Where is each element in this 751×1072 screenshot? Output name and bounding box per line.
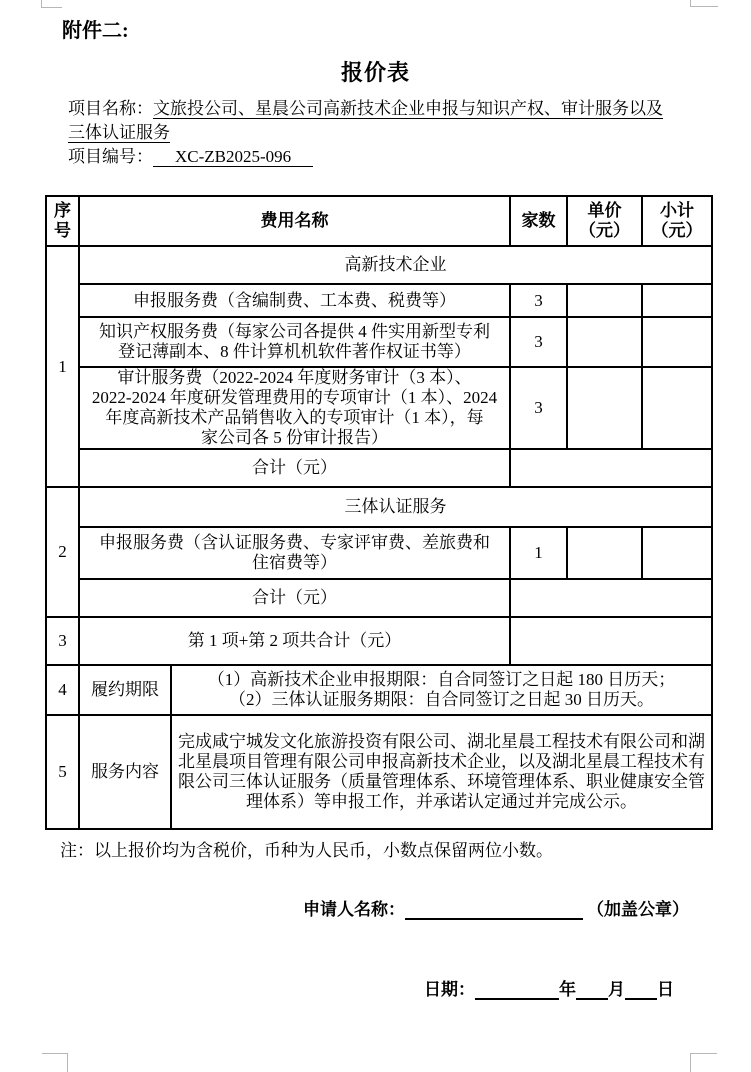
col-header-count: 家数 bbox=[510, 196, 567, 246]
performance-period-content: （1）高新技术企业申报期限：自合同签订之日起 180 日历天； （2）三体认证服… bbox=[171, 665, 712, 715]
applicant-signature-line: 申请人名称：（加盖公章） bbox=[303, 895, 689, 920]
section1-no: 1 bbox=[46, 246, 79, 487]
date-year-blank[interactable] bbox=[475, 982, 559, 1000]
fee-name: 申报服务费（含编制费、工本费、税费等） bbox=[79, 284, 510, 317]
fee-row: 审计服务费（2022-2024 年度财务审计（3 本）、 2022-2024 年… bbox=[46, 367, 712, 449]
service-content-label: 服务内容 bbox=[79, 715, 171, 829]
count-cell: 3 bbox=[510, 317, 567, 367]
grand-total-value[interactable] bbox=[510, 617, 712, 665]
project-info: 项目名称：文旅投公司、星晨公司高新技术企业申报与知识产权、审计服务以及 三体认证… bbox=[68, 97, 716, 169]
section2-title: 三体认证服务 bbox=[79, 487, 712, 527]
col-header-no: 序 号 bbox=[46, 196, 79, 246]
attachment-label: 附件二: bbox=[62, 14, 129, 43]
margin-crop-mark-bottom-left bbox=[42, 1053, 68, 1072]
section1-total-label: 合计（元） bbox=[79, 449, 510, 487]
section2-title-row: 2 三体认证服务 bbox=[46, 487, 712, 527]
project-name-label: 项目名称： bbox=[68, 99, 153, 118]
project-name-value-part1: 文旅投公司、星晨公司高新技术企业申报与知识产权、审计服务以及 bbox=[153, 99, 663, 119]
fee-name: 申报服务费（含认证服务费、专家评审费、差旅费和 住宿费等） bbox=[79, 527, 510, 579]
project-name-line1: 项目名称：文旅投公司、星晨公司高新技术企业申报与知识产权、审计服务以及 bbox=[68, 97, 716, 121]
date-month-blank[interactable] bbox=[576, 982, 608, 1000]
grand-total-row: 3 第 1 项+第 2 项共合计（元） bbox=[46, 617, 712, 665]
col-header-unit-price: 单价 （元） bbox=[567, 196, 642, 246]
date-label: 日期： bbox=[424, 980, 475, 999]
fee-row: 申报服务费（含认证服务费、专家评审费、差旅费和 住宿费等） 1 bbox=[46, 527, 712, 579]
unit-price-cell[interactable] bbox=[567, 527, 642, 579]
subtotal-cell[interactable] bbox=[642, 284, 712, 317]
col-header-subtotal: 小计 （元） bbox=[642, 196, 712, 246]
section1-title-row: 1 高新技术企业 bbox=[46, 246, 712, 284]
service-content-row: 5 服务内容 完成咸宁城发文化旅游投资有限公司、湖北星晨工程技术有限公司和湖北星… bbox=[46, 715, 712, 829]
project-name-value-part2: 三体认证服务 bbox=[68, 123, 170, 143]
performance-period-row: 4 履约期限 （1）高新技术企业申报期限：自合同签订之日起 180 日历天； （… bbox=[46, 665, 712, 715]
table-header-row: 序 号 费用名称 家数 单价 （元） 小计 （元） bbox=[46, 196, 712, 246]
margin-crop-mark-top-right bbox=[690, 0, 718, 7]
project-code-line: 项目编号：XC-ZB2025-096 bbox=[68, 145, 716, 169]
section2-total-label: 合计（元） bbox=[79, 579, 510, 617]
subtotal-cell[interactable] bbox=[642, 367, 712, 449]
quotation-table: 序 号 费用名称 家数 单价 （元） 小计 （元） 1 高新技术企业 申报服务费… bbox=[45, 195, 713, 830]
year-label: 年 bbox=[559, 980, 576, 999]
count-cell: 3 bbox=[510, 367, 567, 449]
service-content-text: 完成咸宁城发文化旅游投资有限公司、湖北星晨工程技术有限公司和湖北星晨项目管理有限… bbox=[171, 715, 712, 829]
section1-total-row: 合计（元） bbox=[46, 449, 712, 487]
fee-row: 知识产权服务费（每家公司各提供 4 件实用新型专利 登记薄副本、8 件计算机机软… bbox=[46, 317, 712, 367]
row5-no: 5 bbox=[46, 715, 79, 829]
date-day-blank[interactable] bbox=[625, 982, 657, 1000]
row3-no: 3 bbox=[46, 617, 79, 665]
margin-crop-mark-top-left bbox=[41, 0, 62, 8]
section2-total-value[interactable] bbox=[510, 579, 712, 617]
section2-no: 2 bbox=[46, 487, 79, 617]
unit-price-cell[interactable] bbox=[567, 284, 642, 317]
applicant-label: 申请人名称： bbox=[303, 900, 405, 919]
section1-total-value[interactable] bbox=[510, 449, 712, 487]
seal-label: （加盖公章） bbox=[587, 900, 689, 919]
grand-total-label: 第 1 项+第 2 项共合计（元） bbox=[79, 617, 510, 665]
count-cell: 3 bbox=[510, 284, 567, 317]
fee-name: 知识产权服务费（每家公司各提供 4 件实用新型专利 登记薄副本、8 件计算机机软… bbox=[79, 317, 510, 367]
fee-row: 申报服务费（含编制费、工本费、税费等） 3 bbox=[46, 284, 712, 317]
performance-period-label: 履约期限 bbox=[79, 665, 171, 715]
project-code-label: 项目编号： bbox=[68, 147, 153, 166]
project-name-line2: 三体认证服务 bbox=[68, 121, 716, 145]
month-label: 月 bbox=[608, 980, 625, 999]
applicant-name-blank[interactable] bbox=[405, 902, 583, 920]
row4-no: 4 bbox=[46, 665, 79, 715]
section2-total-row: 合计（元） bbox=[46, 579, 712, 617]
count-cell: 1 bbox=[510, 527, 567, 579]
section1-title: 高新技术企业 bbox=[79, 246, 712, 284]
fee-name: 审计服务费（2022-2024 年度财务审计（3 本）、 2022-2024 年… bbox=[79, 367, 510, 449]
unit-price-cell[interactable] bbox=[567, 317, 642, 367]
page-title: 报价表 bbox=[0, 56, 751, 87]
day-label: 日 bbox=[657, 980, 674, 999]
unit-price-cell[interactable] bbox=[567, 367, 642, 449]
subtotal-cell[interactable] bbox=[642, 527, 712, 579]
margin-crop-mark-bottom-right bbox=[690, 1053, 717, 1072]
subtotal-cell[interactable] bbox=[642, 317, 712, 367]
col-header-fee-name: 费用名称 bbox=[79, 196, 510, 246]
footnote: 注：以上报价均为含税价，币种为人民币，小数点保留两位小数。 bbox=[60, 836, 553, 861]
date-line: 日期：年月日 bbox=[424, 975, 674, 1000]
document-page: 附件二: 报价表 项目名称：文旅投公司、星晨公司高新技术企业申报与知识产权、审计… bbox=[0, 0, 751, 1072]
project-code-value: XC-ZB2025-096 bbox=[153, 147, 313, 167]
